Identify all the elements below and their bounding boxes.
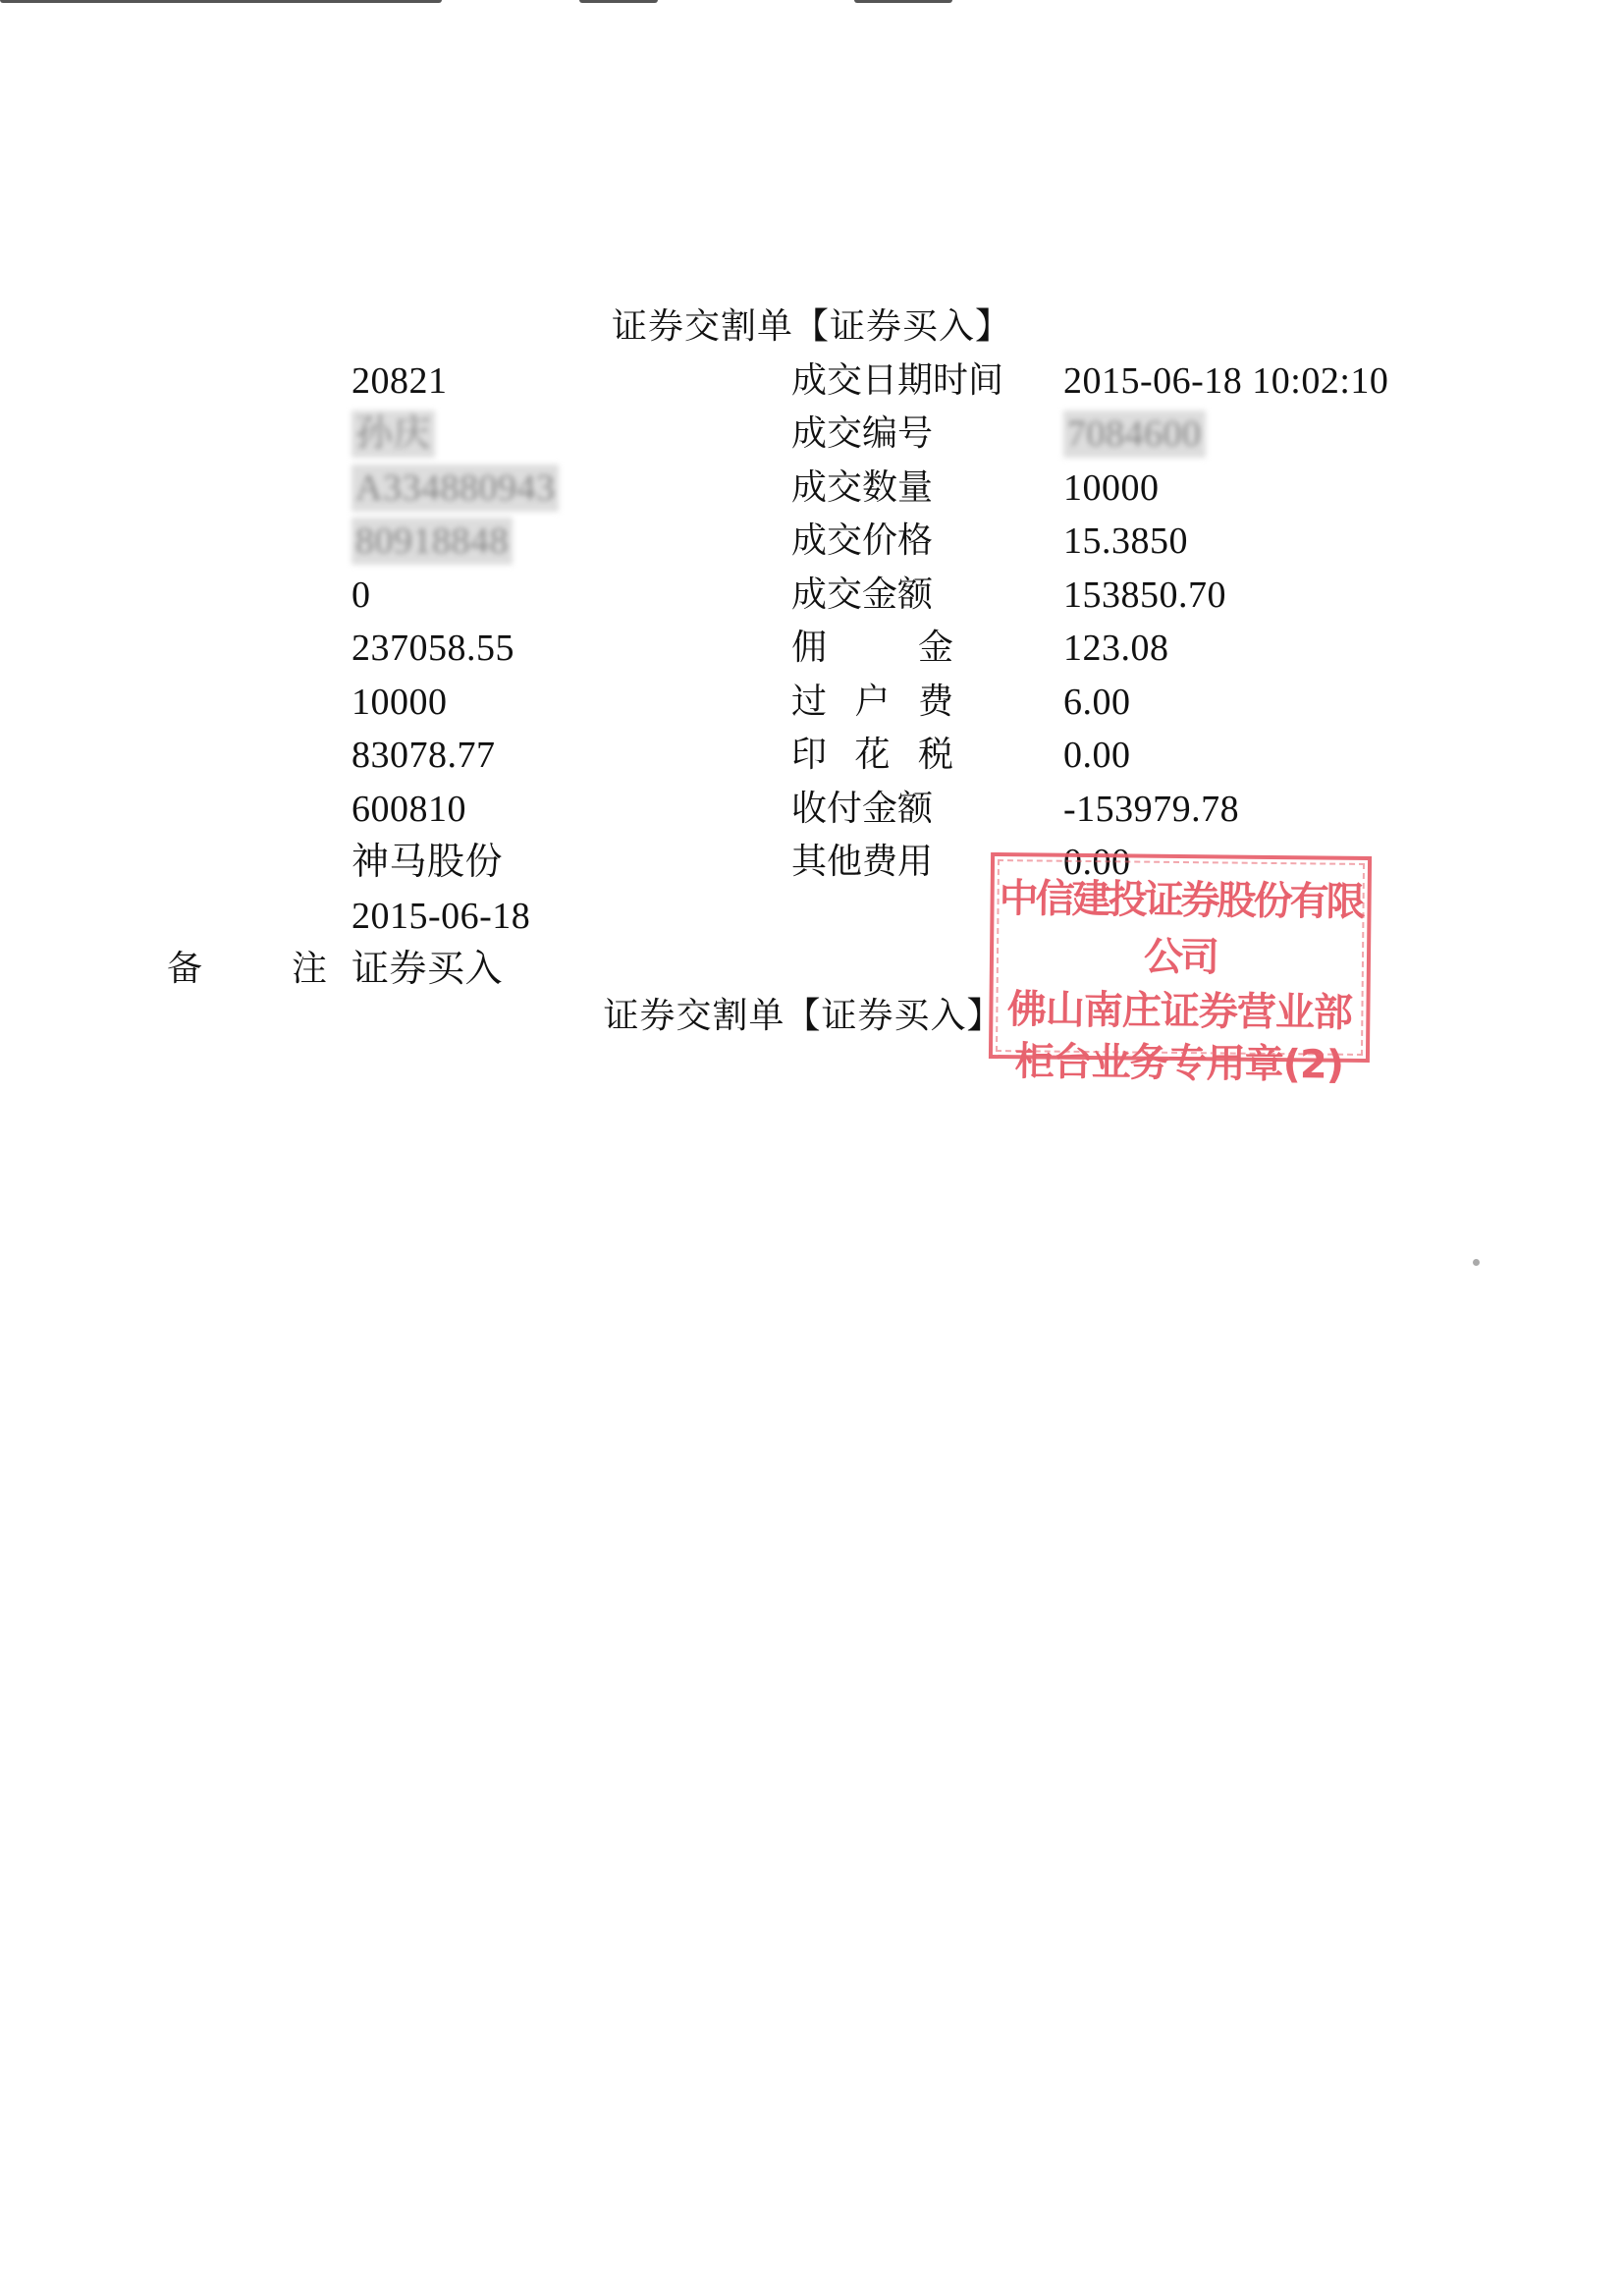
document-footer-title: 证券交割单【证券买入】 [0, 995, 1623, 1038]
field-value: 证券买入 [352, 946, 503, 993]
field-row-commission: 佣 金 123.08 [0, 625, 1623, 672]
field-label: 成交金额 [791, 572, 953, 619]
field-row-declaration-date: 申报日期 2015-06-18 [0, 893, 785, 940]
field-label: 印 花 税 [791, 732, 953, 779]
document-title: 证券交割单【证券买入】 [0, 305, 1623, 349]
field-label: 成交数量 [791, 465, 953, 512]
field-label: 收付金额 [791, 786, 953, 833]
field-label: 成交编号 [791, 410, 953, 458]
field-value: 10000 [1063, 465, 1160, 512]
field-row-other-fees: 其他费用 0.00 [0, 839, 1623, 886]
field-row-trade-amount: 成交金额 153850.70 [0, 572, 1623, 619]
field-label: 备 注 [167, 946, 327, 993]
field-row-stamp-tax: 印 花 税 0.00 [0, 732, 1623, 779]
field-value: 2015-06-18 [352, 893, 530, 940]
field-value-redacted: 7084600 [1063, 410, 1206, 458]
field-value: 6.00 [1063, 679, 1131, 726]
field-value: -153979.78 [1063, 786, 1239, 833]
field-label: 成交日期时间 [791, 357, 1037, 405]
scan-edge-artifact [0, 0, 442, 3]
scan-speck [1473, 1259, 1480, 1266]
field-value: 2015-06-18 10:02:10 [1063, 357, 1388, 405]
field-value: 0.00 [1063, 732, 1131, 779]
field-row-trade-price: 成交价格 15.3850 [0, 518, 1623, 565]
field-label: 过 户 费 [791, 679, 953, 726]
field-row-settlement-amount: 收付金额 -153979.78 [0, 786, 1623, 833]
field-row-remarks: 备 注 证券买入 [0, 946, 785, 993]
scan-edge-artifact [854, 0, 952, 3]
field-value: 123.08 [1063, 625, 1169, 672]
field-value: 15.3850 [1063, 518, 1188, 565]
field-row-trade-quantity: 成交数量 10000 [0, 465, 1623, 512]
field-value: 153850.70 [1063, 572, 1226, 619]
field-row-trade-number: 成交编号 7084600 [0, 410, 1623, 458]
stamp-company-name: 中信建投证券股份有限公司 [994, 870, 1368, 988]
stamp-purpose: 柜台业务专用章(2) [993, 1035, 1367, 1092]
field-label: 成交价格 [791, 518, 953, 565]
field-row-transfer-fee: 过 户 费 6.00 [0, 679, 1623, 726]
field-row-trade-datetime: 成交日期时间 2015-06-18 10:02:10 [0, 357, 1623, 405]
field-label: 佣 金 [791, 625, 953, 672]
scan-edge-artifact [579, 0, 658, 3]
field-label: 其他费用 [791, 839, 953, 886]
